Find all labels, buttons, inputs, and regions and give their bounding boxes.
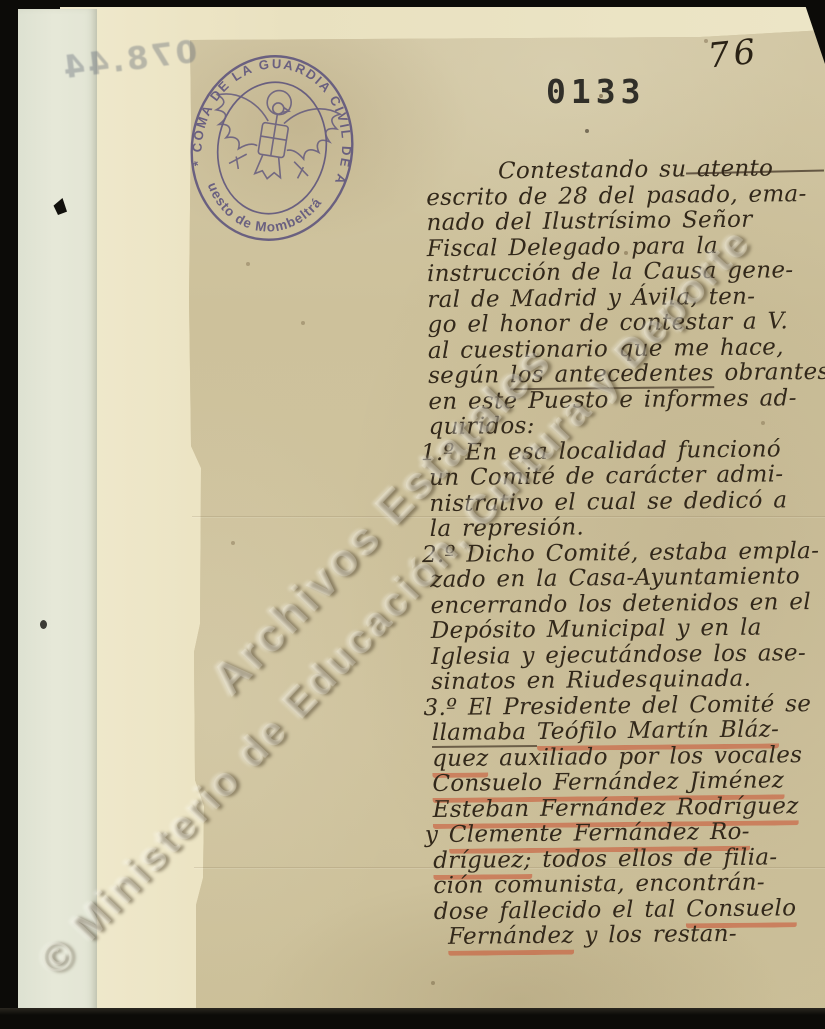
handwritten-page-number: 76	[706, 31, 761, 76]
manuscript-text: la represión.	[430, 514, 585, 542]
folio-number-stamp: 0133	[546, 72, 645, 111]
manuscript-text: auxiliado por los vocales	[488, 742, 802, 771]
manuscript-text: obrantes	[714, 359, 825, 386]
manuscript-line: nistrativo el cual se dedicó a	[429, 487, 821, 517]
scan-bottom-bar	[0, 1008, 825, 1029]
manuscript-line: instrucción de la Causa gene-	[427, 258, 819, 288]
left-page-edge-strip	[18, 9, 97, 1012]
paper-spot	[40, 620, 47, 629]
manuscript-line: en este Puesto e informes ad-	[428, 385, 820, 415]
manuscript-text: nado del Ilustrísimo Señor	[426, 207, 752, 236]
svg-text:* COMA DE LA GUARDIA CIVIL DE: * COMA DE LA GUARDIA CIVIL DE AVILA *	[173, 37, 370, 192]
stamp-graphic: * COMA DE LA GUARDIA CIVIL DE AVILA * Pu…	[168, 37, 376, 259]
manuscript-text: y los restan-	[574, 921, 737, 949]
manuscript-line: dríguez; todos ellos de filia-	[433, 844, 825, 874]
manuscript-text: y	[425, 822, 449, 848]
guardia-civil-oval-stamp: * COMA DE LA GUARDIA CIVIL DE AVILA * Pu…	[168, 37, 376, 259]
manuscript-text: ción comunista, encontrán-	[433, 870, 765, 899]
manuscript-underlined-text: Fernández	[448, 923, 574, 956]
stamp-top-text: * COMA DE LA GUARDIA CIVIL DE AVILA *	[173, 37, 370, 192]
manuscript-text: Contestando su atento	[498, 155, 774, 184]
manuscript-text: sinatos en Riudesquinada.	[431, 666, 751, 695]
scanned-archive-document: 078.44	[0, 0, 825, 1029]
manuscript-text: nistrativo el cual se dedicó a	[429, 487, 787, 517]
manuscript-line: Iglesia y ejecutándose los ase-	[431, 640, 823, 670]
manuscript-line: encerrando los detenidos en el	[430, 589, 822, 619]
manuscript-line: Esteban Fernández Rodríguez	[433, 793, 825, 823]
manuscript-text: todos ellos de filia-	[532, 844, 778, 873]
manuscript-line: dose fallecido el tal Consuelo	[434, 895, 825, 925]
manuscript-line: escrito de 28 del pasado, ema-	[426, 181, 818, 211]
manuscript-text: según	[428, 362, 510, 389]
paper-specks	[0, 0, 2, 2]
manuscript-text: dose fallecido el tal	[434, 896, 687, 925]
manuscript-text-block: Contestando su atentoescrito de 28 del p…	[426, 156, 825, 951]
manuscript-text: Fiscal Delegado para la	[427, 233, 718, 262]
manuscript-text: quiridos:	[429, 413, 535, 440]
manuscript-text: en este Puesto e informes ad-	[428, 385, 797, 415]
